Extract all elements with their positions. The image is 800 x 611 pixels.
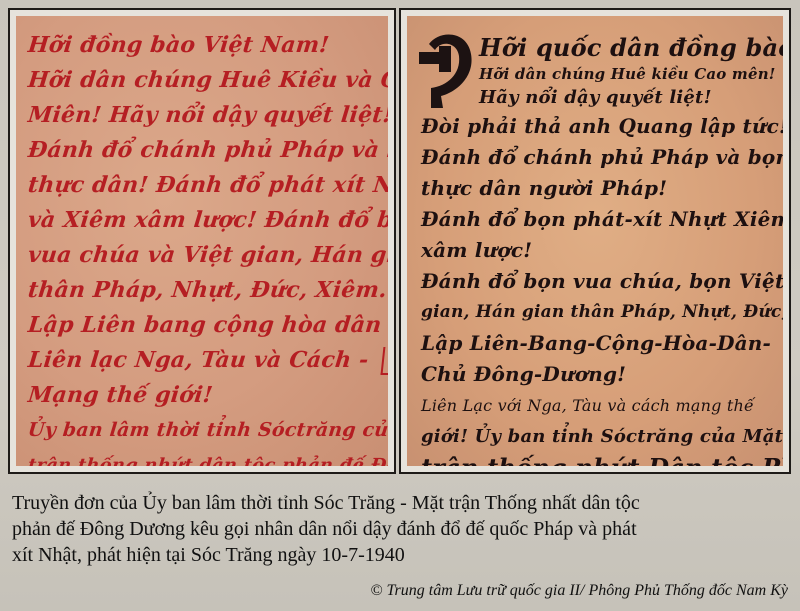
- signature: L.Đ.D.: [381, 347, 388, 375]
- right-leaflet-line: Đòi phải thả anh Quang lập tức!: [421, 111, 775, 142]
- left-leaflet-line: vua chúa và Việt gian, Hán gian: [26, 238, 382, 273]
- right-leaflet-line: Đánh đổ chánh phủ Pháp và bọn: [421, 142, 775, 173]
- right-leaflet-line: Đánh đổ bọn phát-xít Nhựt Xiêm: [421, 204, 775, 235]
- right-document-frame: Hỡi quốc dân đồng bào! Hỡi dân chúng Huê…: [399, 8, 791, 474]
- right-leaflet-line: Chủ Đông-Dương!: [421, 359, 775, 390]
- left-leaflet-text: Hỡi đồng bào Việt Nam! Hỡi dân chúng Huê…: [28, 28, 380, 466]
- right-leaflet-line: trận thống nhứt Dân tộc Phản: [421, 452, 775, 466]
- left-leaflet-paper: Hỡi đồng bào Việt Nam! Hỡi dân chúng Huê…: [16, 16, 388, 466]
- left-leaflet-line: thân Pháp, Nhựt, Đức, Xiêm.: [26, 273, 382, 308]
- left-leaflet-line: Hỡi đồng bào Việt Nam!: [26, 28, 382, 63]
- left-leaflet-line: và Xiêm xâm lược! Đánh đổ bọn: [26, 203, 382, 238]
- caption-line-2: phản đế Đông Dương kêu gọi nhân dân nổi …: [12, 516, 792, 542]
- right-leaflet-line: xâm lược!: [421, 235, 775, 266]
- right-leaflet-line: thực dân người Pháp!: [421, 173, 775, 204]
- left-leaflet-line: Ủy ban lâm thời tỉnh Sóctrăng của Mặt: [26, 413, 382, 448]
- left-leaflet-line: Miên! Hãy nổi dậy quyết liệt!: [26, 98, 382, 133]
- left-leaflet-line: Đánh đổ chánh phủ Pháp và bọn: [26, 133, 382, 168]
- archive-credit: © Trung tâm Lưu trữ quốc gia II/ Phông P…: [370, 582, 788, 600]
- right-leaflet-paper: Hỡi quốc dân đồng bào! Hỡi dân chúng Huê…: [407, 16, 783, 466]
- left-leaflet-line: Liên lạc Nga, Tàu và Cách - L.Đ.D.: [26, 343, 382, 378]
- right-leaflet-line: Hỡi dân chúng Huê kiều Cao mên!: [421, 63, 775, 85]
- left-leaflet-line: Hỡi dân chúng Huê Kiều và Cao: [26, 63, 382, 98]
- right-leaflet-line: gian, Hán gian thân Pháp, Nhựt, Đức, Xiê…: [421, 297, 775, 328]
- left-leaflet-line: Mạng thế giới!: [26, 378, 382, 413]
- right-leaflet-line: Đánh đổ bọn vua chúa, bọn Việt-: [421, 266, 775, 297]
- left-leaflet-line: Lập Liên bang cộng hòa dân chủ: [26, 308, 382, 343]
- left-leaflet-line: thực dân! Đánh đổ phát xít Nhựt: [26, 168, 382, 203]
- right-leaflet-line: Hãy nổi dậy quyết liệt!: [421, 85, 775, 111]
- left-document-frame: Hỡi đồng bào Việt Nam! Hỡi dân chúng Huê…: [8, 8, 396, 474]
- left-leaflet-line: trận thống nhứt dân tộc phản đế Đ-D-: [26, 448, 382, 466]
- right-leaflet-line: giới! Ủy ban tỉnh Sóctrăng của Mặt: [421, 421, 775, 452]
- caption-line-3: xít Nhật, phát hiện tại Sóc Trăng ngày 1…: [12, 542, 792, 568]
- right-leaflet-text: Hỡi quốc dân đồng bào! Hỡi dân chúng Huê…: [421, 32, 775, 466]
- right-leaflet-line: Liên Lạc với Nga, Tàu và cách mạng thế: [421, 390, 775, 421]
- exhibit-caption: Truyền đơn của Ủy ban lâm thời tỉnh Sóc …: [12, 490, 792, 568]
- caption-line-1: Truyền đơn của Ủy ban lâm thời tỉnh Sóc …: [12, 490, 792, 516]
- right-leaflet-line: Lập Liên-Bang-Cộng-Hòa-Dân-: [421, 328, 775, 359]
- right-leaflet-line: Hỡi quốc dân đồng bào!: [421, 32, 775, 63]
- left-leaflet-line-text: Liên lạc Nga, Tàu và Cách -: [27, 347, 370, 373]
